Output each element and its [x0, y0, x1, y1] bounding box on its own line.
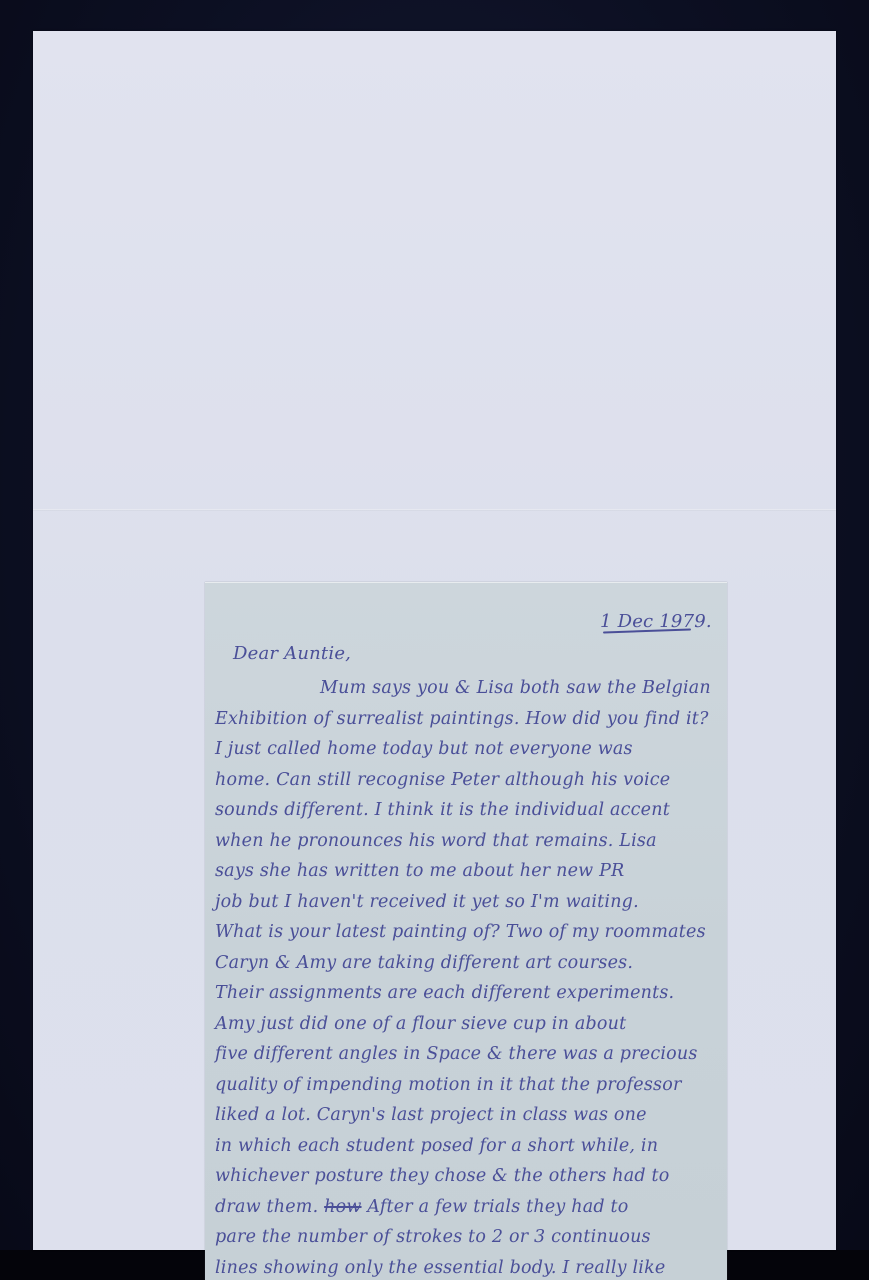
line-text: After a few trials they had to — [367, 1192, 628, 1223]
line-text: Caryn & Amy are taking different art cou… — [215, 948, 633, 979]
letter-line: What is your latest painting of? Two of … — [215, 917, 723, 948]
line-text: draw them. — [215, 1192, 318, 1223]
line-text: five different angles in Space & there w… — [215, 1039, 698, 1070]
line-text: quality of impending motion in it that t… — [215, 1070, 682, 1101]
line-text: whichever posture they chose & the other… — [215, 1161, 669, 1192]
letter-line: in which each student posed for a short … — [215, 1131, 723, 1162]
letter-line: Caryn & Amy are taking different art cou… — [215, 948, 723, 979]
line-text: pare the number of strokes to 2 or 3 con… — [215, 1222, 651, 1253]
line-text: in which each student posed for a short … — [215, 1131, 658, 1162]
letter-line: Amy just did one of a flour sieve cup in… — [215, 1009, 723, 1040]
letter-line: five different angles in Space & there w… — [215, 1039, 723, 1070]
letter-line: liked a lot. Caryn's last project in cla… — [215, 1100, 723, 1131]
letter-body: Mum says you & Lisa both saw the Belgian… — [215, 673, 723, 1280]
struck-out-word: how — [324, 1192, 361, 1223]
line-text: job but I haven't received it yet so I'm… — [215, 887, 639, 918]
letter-line: I just called home today but not everyon… — [215, 734, 723, 765]
line-text: What is your latest painting of? Two of … — [215, 917, 706, 948]
letter-line: sounds different. I think it is the indi… — [215, 795, 723, 826]
letter-line: lines showing only the essential body. I… — [215, 1253, 723, 1280]
letter-line: Exhibition of surrealist paintings. How … — [215, 704, 723, 735]
line-text: liked a lot. Caryn's last project in cla… — [215, 1100, 647, 1131]
letter-line: quality of impending motion in it that t… — [215, 1070, 723, 1101]
line-text: I just called home today but not everyon… — [215, 734, 633, 765]
letter-line: says she has written to me about her new… — [215, 856, 723, 887]
letter-line: pare the number of strokes to 2 or 3 con… — [215, 1222, 723, 1253]
line-text: when he pronounces his word that remains… — [215, 826, 657, 857]
line-text: Amy just did one of a flour sieve cup in… — [215, 1009, 626, 1040]
letter-line: Their assignments are each different exp… — [215, 978, 723, 1009]
letter-line: draw them. how After a few trials they h… — [215, 1192, 723, 1223]
line-text: lines showing only the essential body. I… — [215, 1253, 665, 1280]
letter-line: job but I haven't received it yet so I'm… — [215, 887, 723, 918]
line-text: home. Can still recognise Peter although… — [215, 765, 670, 796]
mounting-page: 1 Dec 1979. Dear Auntie, Mum says you & … — [33, 31, 836, 1250]
letter-card: 1 Dec 1979. Dear Auntie, Mum says you & … — [205, 582, 727, 1280]
letter-salutation: Dear Auntie, — [233, 643, 351, 664]
page-fold-line — [33, 509, 836, 511]
line-text: Exhibition of surrealist paintings. How … — [215, 704, 709, 735]
line-text: says she has written to me about her new… — [215, 856, 624, 887]
letter-line: home. Can still recognise Peter although… — [215, 765, 723, 796]
letter-line: Mum says you & Lisa both saw the Belgian — [215, 673, 723, 704]
line-text: Mum says you & Lisa both saw the Belgian — [320, 673, 711, 704]
letter-line: when he pronounces his word that remains… — [215, 826, 723, 857]
line-text: Their assignments are each different exp… — [215, 978, 674, 1009]
line-text: sounds different. I think it is the indi… — [215, 795, 670, 826]
letter-line: whichever posture they chose & the other… — [215, 1161, 723, 1192]
